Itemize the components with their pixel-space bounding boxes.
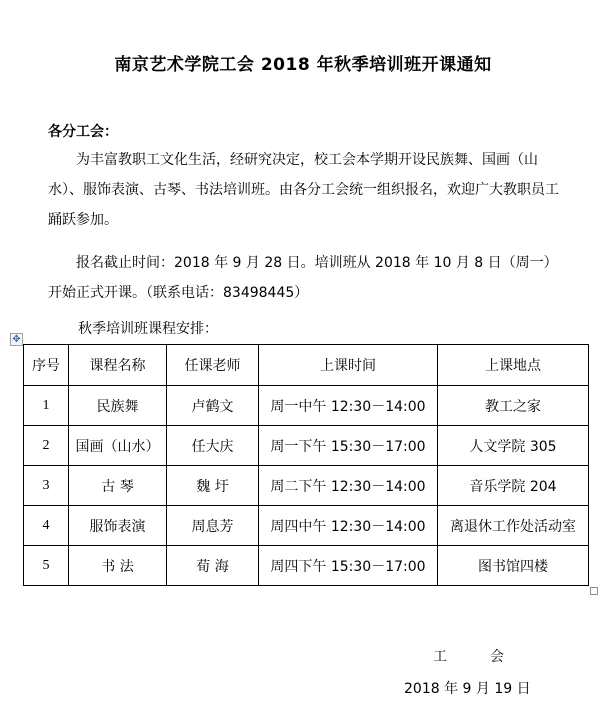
cell-index: 3	[24, 466, 69, 506]
cell-index: 2	[24, 426, 69, 466]
header-teacher: 任课老师	[167, 345, 259, 386]
table-row: 1 民族舞 卢鹤文 周一中午 12:30－14:00 教工之家	[24, 386, 589, 426]
signature-part: 工	[433, 646, 447, 666]
cell-course: 国画（山水）	[69, 426, 167, 466]
cell-teacher: 荀 海	[167, 546, 259, 586]
document-title: 南京艺术学院工会 2018 年秋季培训班开课通知	[0, 50, 606, 75]
schedule-label: 秋季培训班课程安排：	[78, 318, 218, 338]
cell-time: 周一下午 15:30－17:00	[259, 426, 438, 466]
cell-time: 周四中午 12:30－14:00	[259, 506, 438, 546]
cell-index: 4	[24, 506, 69, 546]
header-time: 上课时间	[259, 345, 438, 386]
table-row: 2 国画（山水） 任大庆 周一下午 15:30－17:00 人文学院 305	[24, 426, 589, 466]
cell-location: 离退休工作处活动室	[438, 506, 589, 546]
signature: 工 会	[433, 646, 504, 666]
cell-course: 服饰表演	[69, 506, 167, 546]
table-row: 4 服饰表演 周息芳 周四中午 12:30－14:00 离退休工作处活动室	[24, 506, 589, 546]
cell-teacher: 卢鹤文	[167, 386, 259, 426]
signature-date: 2018 年 9 月 19 日	[404, 678, 531, 698]
cell-course: 古 琴	[69, 466, 167, 506]
cell-teacher: 魏 圩	[167, 466, 259, 506]
table-move-handle-icon[interactable]: ✥	[10, 333, 23, 346]
header-index: 序号	[24, 345, 69, 386]
schedule-table: 序号 课程名称 任课老师 上课时间 上课地点 1 民族舞 卢鹤文 周一中午 12…	[23, 344, 589, 586]
cell-time: 周四下午 15:30－17:00	[259, 546, 438, 586]
signature-part: 会	[490, 646, 504, 666]
cell-index: 5	[24, 546, 69, 586]
cell-location: 音乐学院 204	[438, 466, 589, 506]
header-location: 上课地点	[438, 345, 589, 386]
cell-time: 周一中午 12:30－14:00	[259, 386, 438, 426]
header-course: 课程名称	[69, 345, 167, 386]
cell-course: 书 法	[69, 546, 167, 586]
table-resize-handle[interactable]	[590, 587, 598, 595]
cell-teacher: 任大庆	[167, 426, 259, 466]
table-header-row: 序号 课程名称 任课老师 上课时间 上课地点	[24, 345, 589, 386]
paragraph-intro: 为丰富教职工文化生活，经研究决定，校工会本学期开设民族舞、国画（山水）、服饰表演…	[48, 145, 568, 235]
table-row: 5 书 法 荀 海 周四下午 15:30－17:00 图书馆四楼	[24, 546, 589, 586]
cell-location: 教工之家	[438, 386, 589, 426]
cell-course: 民族舞	[69, 386, 167, 426]
paragraph-deadline: 报名截止时间：2018 年 9 月 28 日。培训班从 2018 年 10 月 …	[48, 248, 568, 308]
table-row: 3 古 琴 魏 圩 周二下午 12:30－14:00 音乐学院 204	[24, 466, 589, 506]
cell-index: 1	[24, 386, 69, 426]
cell-time: 周二下午 12:30－14:00	[259, 466, 438, 506]
cell-location: 人文学院 305	[438, 426, 589, 466]
cell-teacher: 周息芳	[167, 506, 259, 546]
salutation: 各分工会：	[48, 121, 118, 141]
cell-location: 图书馆四楼	[438, 546, 589, 586]
